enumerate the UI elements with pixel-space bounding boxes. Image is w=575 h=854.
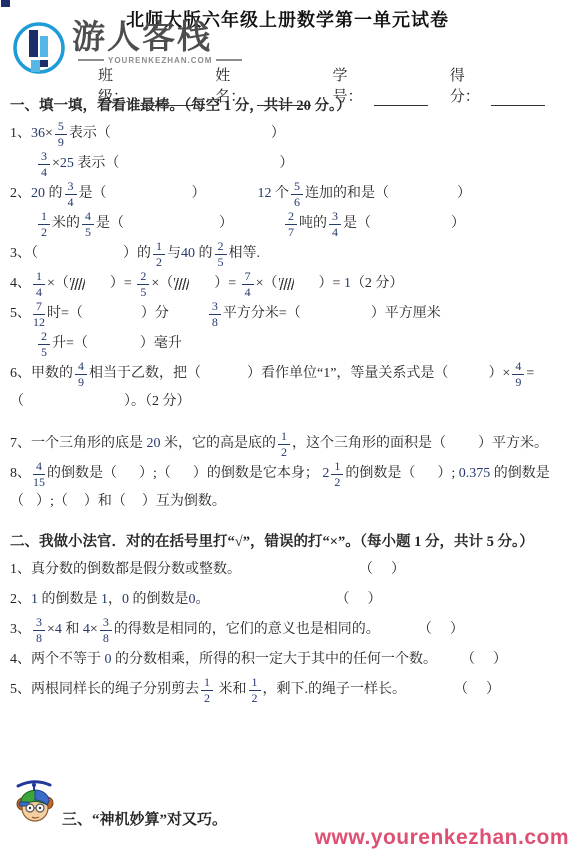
answer-blank xyxy=(83,314,141,315)
question-line: 1、真分数的倒数都是假分数或整数。（） xyxy=(10,556,569,584)
question-line: 12米的45是（）27吨的34是（） xyxy=(10,210,569,238)
answer-blank xyxy=(415,474,437,475)
form-field: 得分： xyxy=(450,64,545,106)
logo-dash-left xyxy=(78,59,104,61)
fraction: 27 xyxy=(285,210,297,238)
answer-blank xyxy=(446,444,478,445)
answer-blank xyxy=(38,254,123,255)
answer-blank xyxy=(24,402,124,403)
question-line: 2、20 的34是（）12 个56连加的和是（） xyxy=(10,180,569,208)
answer-blank xyxy=(201,374,247,375)
section-three-title: 三、“神机妙算”对又巧。 xyxy=(62,808,227,833)
fraction: 38 xyxy=(100,616,112,644)
write-in-blank xyxy=(257,91,311,106)
answer-blank xyxy=(126,502,142,503)
answer-blank xyxy=(233,224,283,225)
site-watermark-logo: 游人客栈 YOURENKEZHAN.COM xyxy=(12,20,242,81)
answer-blank xyxy=(380,630,418,631)
fraction: 25 xyxy=(137,270,149,298)
fraction: 12 xyxy=(38,210,50,238)
fraction: 49 xyxy=(512,360,524,388)
question-line: 7、一个三角形的底是 20 米，它的高是底的12，这个三角形的面积是（）平方米。 xyxy=(10,430,569,458)
answer-blank xyxy=(171,474,193,475)
answer-blank xyxy=(119,164,279,165)
answer-blank xyxy=(190,284,214,285)
answer-blank xyxy=(86,284,110,285)
question-line: 4、两个不等于 0 的分数相乘，所得的积一定大于其中的任何一个数。（） xyxy=(10,646,569,674)
question-line: 8、415的倒数是（）;（）的倒数是它本身； 212的倒数是（）; 0.375 … xyxy=(10,460,569,488)
question-line: （）;（）和（）互为倒数。 xyxy=(10,490,569,514)
answer-blank xyxy=(241,570,359,571)
answer-blank xyxy=(24,502,36,503)
answer-blank xyxy=(68,502,84,503)
answer-blank xyxy=(371,224,451,225)
answer-blank xyxy=(206,194,258,195)
logo-circle-icon xyxy=(12,20,66,81)
answer-blank xyxy=(124,224,219,225)
question-line: 5、712时=（）分38平方分米=（）平方厘米 xyxy=(10,300,569,328)
fraction: 25 xyxy=(215,240,227,268)
question-line: 2、1 的倒数是 1，0 的倒数是0。（） xyxy=(10,586,569,614)
hatched-blank-mark xyxy=(174,278,189,290)
question-line: 4、14×（）= 25×（）= 74×（）= 1（2 分） xyxy=(10,270,569,298)
fraction: 415 xyxy=(33,460,45,488)
fraction: 34 xyxy=(65,180,77,208)
fraction: 12 xyxy=(153,240,165,268)
fraction: 34 xyxy=(38,150,50,178)
write-in-blank xyxy=(491,91,545,106)
fraction: 14 xyxy=(33,270,45,298)
question-line: 5、两根同样长的绳子分别剪去12 米和12，剩下.的绳子一样长。（） xyxy=(10,676,569,704)
boy-propeller-cap-icon xyxy=(14,778,58,833)
fraction: 56 xyxy=(291,180,303,208)
fraction: 49 xyxy=(75,360,87,388)
section-header: 二、我做小法官．对的在括号里打“√”，错误的打“×”。（每小题 1 分，共计 5… xyxy=(10,530,569,554)
hatched-blank-mark xyxy=(70,278,85,290)
answer-blank xyxy=(432,630,450,631)
fraction: 12 xyxy=(278,430,290,458)
answer-blank xyxy=(210,600,336,601)
fraction: 38 xyxy=(33,616,45,644)
fraction: 12 xyxy=(201,676,213,704)
fraction: 74 xyxy=(242,270,254,298)
question-line: 34×25 表示（） xyxy=(10,150,569,178)
answer-blank xyxy=(437,660,461,661)
answer-blank xyxy=(350,600,368,601)
answer-blank xyxy=(448,374,488,375)
question-line: 1、36×59表示（） xyxy=(10,120,569,148)
answer-blank xyxy=(111,134,271,135)
hatched-blank-mark xyxy=(279,278,294,290)
write-in-blank xyxy=(140,91,194,106)
question-line: 6、甲数的49相当于乙数，把（）看作单位“1”，等量关系式是（）×49= xyxy=(10,360,569,388)
logo-domain: YOURENKEZHAN.COM xyxy=(108,56,212,65)
answer-blank xyxy=(169,314,207,315)
answer-blank xyxy=(88,344,140,345)
answer-blank xyxy=(373,570,391,571)
write-in-blank xyxy=(374,91,428,106)
fraction: 25 xyxy=(38,330,50,358)
answer-blank xyxy=(389,194,457,195)
question-line: 3、38×4 和 4×38的得数是相同的，它们的意义也是相同的。（） xyxy=(10,616,569,644)
fraction: 45 xyxy=(82,210,94,238)
website-url: www.yourenkezhan.com xyxy=(315,826,569,850)
answer-blank xyxy=(295,284,319,285)
answer-blank xyxy=(406,690,454,691)
fraction: 38 xyxy=(209,300,221,328)
answer-blank xyxy=(475,660,493,661)
answer-blank xyxy=(301,314,371,315)
logo-name: 游人客栈 xyxy=(72,20,242,55)
logo-dash-right xyxy=(216,59,242,61)
answer-blank xyxy=(468,690,486,691)
question-line: 3、（）的12与40 的25相等. xyxy=(10,240,569,268)
question-line: 25升=（）毫升 xyxy=(10,330,569,358)
form-field: 学号： xyxy=(333,64,428,106)
paper-body: 一、填一填，看看谁最棒。（每空 1 分，共计 20 分。）1、36×59表示（）… xyxy=(10,94,569,706)
fraction: 12 xyxy=(249,676,261,704)
section-three-row: 三、“神机妙算”对又巧。 xyxy=(14,778,227,833)
fraction: 712 xyxy=(33,300,45,328)
answer-blank xyxy=(117,474,139,475)
fraction: 59 xyxy=(55,120,67,148)
fraction: 12 xyxy=(331,460,343,488)
question-line: （）。（2 分） xyxy=(10,390,569,414)
scanned-test-paper: 北师大版六年级上册数学第一单元试卷 游人客栈 YOURENKEZHAN.COM … xyxy=(0,0,575,854)
answer-blank xyxy=(107,194,192,195)
fraction: 34 xyxy=(329,210,341,238)
